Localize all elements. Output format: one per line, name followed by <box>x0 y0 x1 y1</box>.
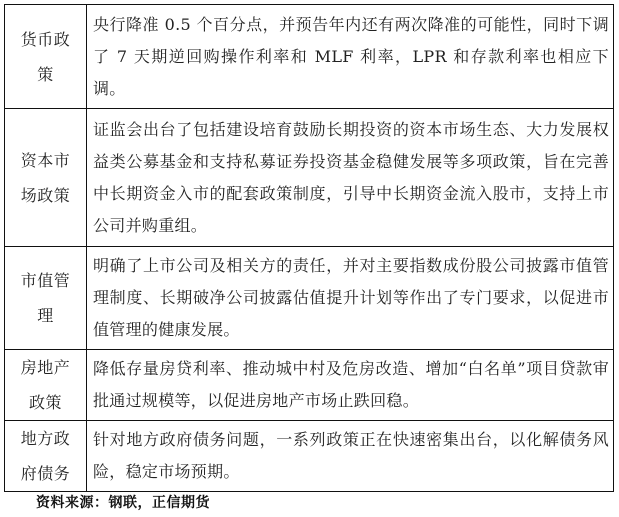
table-row: 房地产政策 降低存量房贷利率、推动城中村及危房改造、增加“白名单”项目贷款审批通… <box>5 350 614 421</box>
category-cell: 市值管理 <box>5 247 87 350</box>
description-cell: 央行降准 0.5 个百分点，并预告年内还有两次降准的可能性，同时下调了 7 天期… <box>87 5 614 109</box>
source-note: 资料来源：钢联，正信期货 <box>36 492 210 512</box>
category-cell: 地方政府债务 <box>5 421 87 492</box>
table-row: 地方政府债务 针对地方政府债务问题，一系列政策正在快速密集出台，以化解债务风险，… <box>5 421 614 492</box>
description-cell: 证监会出台了包括建设培育鼓励长期投资的资本市场生态、大力发展权益类公募基金和支持… <box>87 109 614 247</box>
policy-table: 货币政策 央行降准 0.5 个百分点，并预告年内还有两次降准的可能性，同时下调了… <box>4 4 614 492</box>
description-cell: 针对地方政府债务问题，一系列政策正在快速密集出台，以化解债务风险，稳定市场预期。 <box>87 421 614 492</box>
category-cell: 资本市场政策 <box>5 109 87 247</box>
table-row: 市值管理 明确了上市公司及相关方的责任，并对主要指数成份股公司披露市值管理制度、… <box>5 247 614 350</box>
category-cell: 货币政策 <box>5 5 87 109</box>
table-row: 资本市场政策 证监会出台了包括建设培育鼓励长期投资的资本市场生态、大力发展权益类… <box>5 109 614 247</box>
description-cell: 明确了上市公司及相关方的责任，并对主要指数成份股公司披露市值管理制度、长期破净公… <box>87 247 614 350</box>
table-row: 货币政策 央行降准 0.5 个百分点，并预告年内还有两次降准的可能性，同时下调了… <box>5 5 614 109</box>
description-cell: 降低存量房贷利率、推动城中村及危房改造、增加“白名单”项目贷款审批通过规模等，以… <box>87 350 614 421</box>
category-cell: 房地产政策 <box>5 350 87 421</box>
